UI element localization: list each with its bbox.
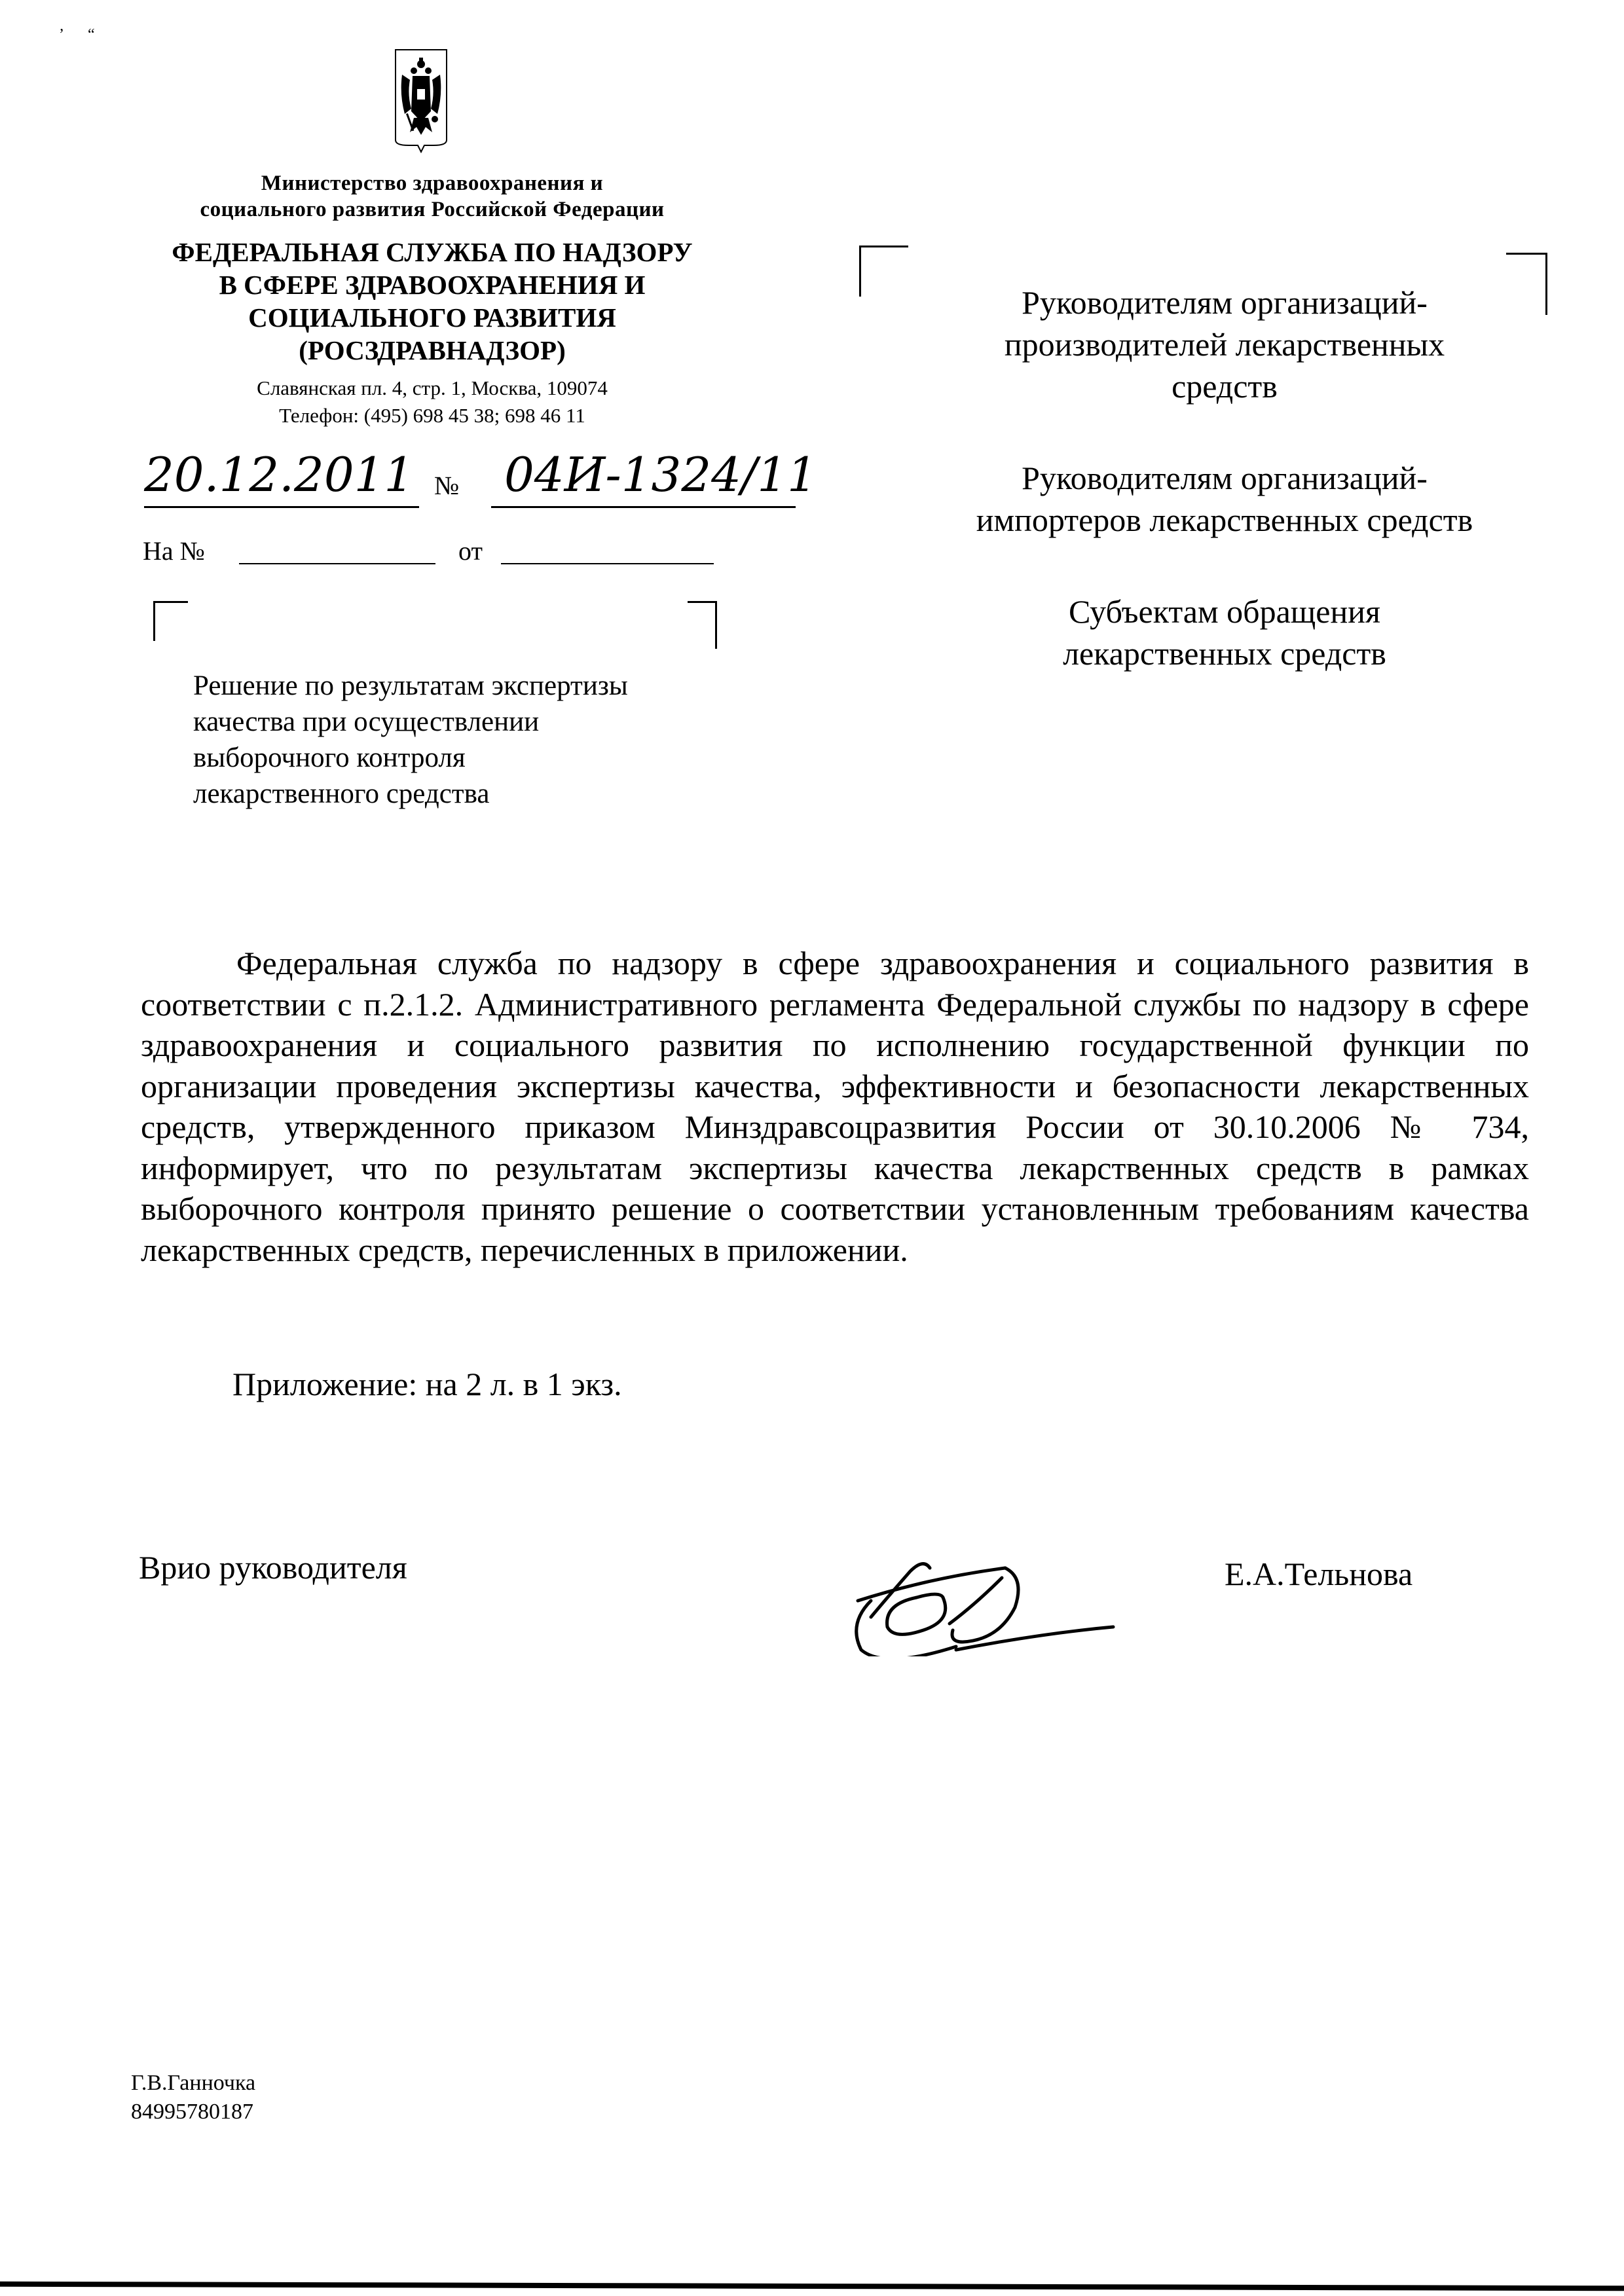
date-field: 20.12.2011 xyxy=(144,448,419,508)
service-line-1: ФЕДЕРАЛЬНАЯ СЛУЖБА ПО НАДЗОРУ xyxy=(138,236,727,268)
service-line-3: СОЦИАЛЬНОГО РАЗВИТИЯ xyxy=(138,301,727,334)
addressee-line: лекарственных средств xyxy=(897,632,1552,674)
subject-corner-left xyxy=(153,601,188,641)
ministry-line-1: Министерство здравоохранения и xyxy=(138,170,727,196)
russian-coat-of-arms-icon xyxy=(394,48,448,153)
service-name: ФЕДЕРАЛЬНАЯ СЛУЖБА ПО НАДЗОРУ В СФЕРЕ ЗД… xyxy=(138,236,727,367)
addressee-line: Субъектам обращения xyxy=(897,591,1552,632)
signatory-name: Е.А.Тельнова xyxy=(1225,1555,1412,1593)
scan-specks: ’ “ xyxy=(59,26,95,44)
reply-to-blank xyxy=(239,550,435,564)
ministry-line-2: социального развития Российской Федераци… xyxy=(138,196,727,223)
service-phone: Телефон: (495) 698 45 38; 698 46 11 xyxy=(138,402,727,429)
addressee-importers: Руководителям организаций- импортеров ле… xyxy=(897,457,1552,541)
from-blank xyxy=(501,550,714,564)
attachment-note: Приложение: на 2 л. в 1 экз. xyxy=(232,1365,622,1403)
handwritten-signature-icon xyxy=(832,1552,1139,1656)
handwritten-number: 04И-1324/11 xyxy=(491,447,817,502)
service-line-4: (РОСЗДРАВНАДЗОР) xyxy=(138,334,727,367)
addressee-line: производителей лекарственных xyxy=(897,323,1552,365)
executor-block: Г.В.Ганночка 84995780187 xyxy=(131,2069,255,2126)
executor-phone: 84995780187 xyxy=(131,2098,255,2126)
subject-line-4: лекарственного средства xyxy=(193,776,783,812)
handwritten-date: 20.12.2011 xyxy=(144,447,414,502)
executor-name: Г.В.Ганночка xyxy=(131,2069,255,2098)
signatory-title: Врио руководителя xyxy=(139,1548,407,1586)
letter-body: Федеральная служба по надзору в сфере зд… xyxy=(141,943,1529,1270)
subject-line-3: выборочного контроля xyxy=(193,740,783,776)
from-label: от xyxy=(458,536,483,566)
reply-to-label: На № xyxy=(143,536,205,566)
service-line-2: В СФЕРЕ ЗДРАВООХРАНЕНИЯ И xyxy=(138,268,727,301)
number-label: № xyxy=(434,470,459,501)
service-address: Славянская пл. 4, стр. 1, Москва, 109074 xyxy=(138,374,727,402)
addressee-manufacturers: Руководителям организаций- производителе… xyxy=(897,282,1552,407)
letter-subject: Решение по результатам экспертизы качест… xyxy=(193,668,783,812)
addressee-line: средств xyxy=(897,365,1552,407)
scan-edge-line xyxy=(0,2282,1624,2291)
addressee-circulation-subjects: Субъектам обращения лекарственных средст… xyxy=(897,591,1552,674)
addressee-line: Руководителям организаций- xyxy=(897,282,1552,323)
addressee-block: Руководителям организаций- производителе… xyxy=(897,282,1552,724)
subject-line-1: Решение по результатам экспертизы xyxy=(193,668,783,704)
number-field: 04И-1324/11 xyxy=(491,448,796,508)
service-address-block: Славянская пл. 4, стр. 1, Москва, 109074… xyxy=(138,374,727,429)
subject-line-2: качества при осуществлении xyxy=(193,704,783,740)
addressee-line: Руководителям организаций- xyxy=(897,457,1552,499)
subject-corner-right xyxy=(688,601,717,649)
addressee-line: импортеров лекарственных средств xyxy=(897,499,1552,541)
ministry-name: Министерство здравоохранения и социально… xyxy=(138,170,727,223)
